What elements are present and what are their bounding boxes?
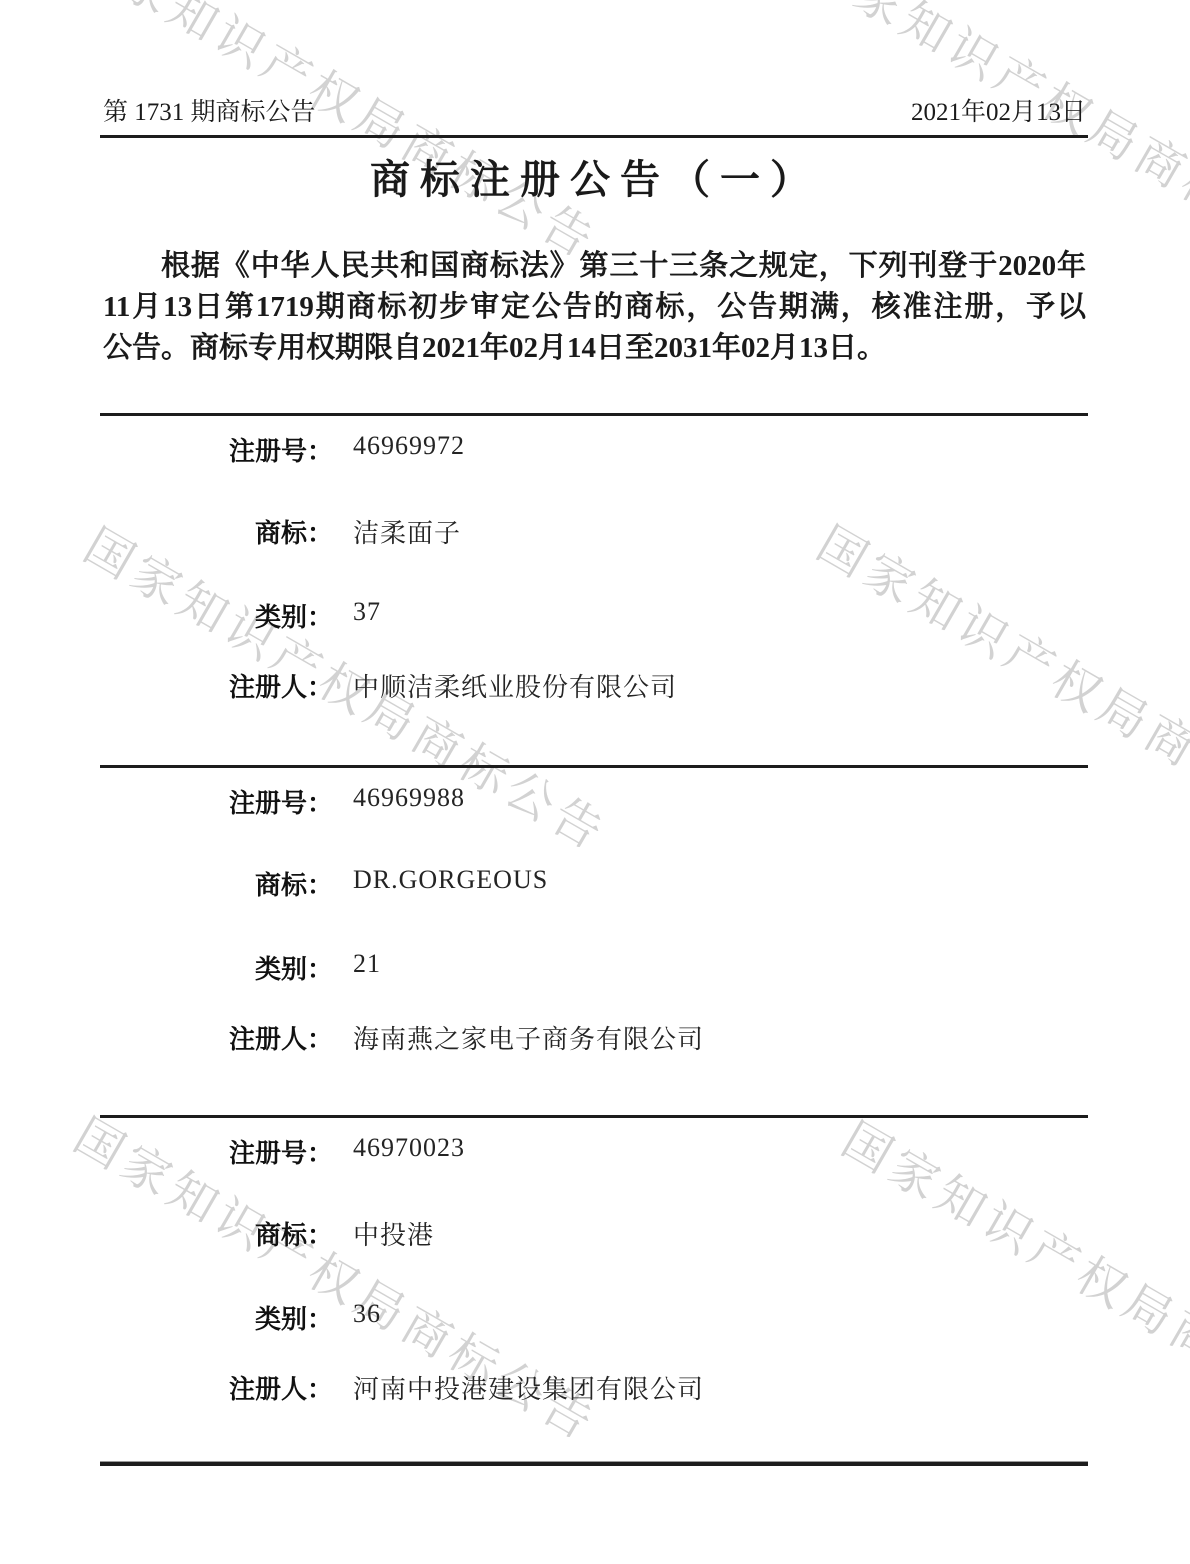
field-label-registrant: 注册人： [100, 667, 333, 704]
watermark-text: 国家知识产权局商标公告 [799, 0, 1190, 281]
bottom-separator-line [100, 1461, 1088, 1466]
gazette-date: 2021年02月13日 [911, 92, 1086, 128]
field-row-category: 类别： 36 [100, 1299, 1088, 1336]
field-label-reg-no: 注册号： [100, 431, 333, 468]
trademark-entry: 注册号： 46970023 商标： 中投港 类别： 36 注册人： 河南中投港建… [100, 1115, 1088, 1467]
field-label-category: 类别： [100, 949, 333, 986]
field-label-registrant: 注册人： [100, 1369, 333, 1406]
field-value-trademark: 中投港 [353, 1215, 434, 1252]
field-label-trademark: 商标： [100, 1215, 333, 1252]
intro-line: 11月13日第1719期商标初步审定公告的商标，公告期满，核准注册，予以 [103, 287, 1086, 328]
field-value-category: 37 [353, 597, 381, 627]
intro-line: 根据《中华人民共和国商标法》第三十三条之规定，下列刊登于2020年 [103, 246, 1086, 287]
field-value-category: 21 [353, 949, 381, 979]
field-value-registrant: 海南燕之家电子商务有限公司 [353, 1019, 704, 1056]
field-row-registrant: 注册人： 中顺洁柔纸业股份有限公司 [100, 667, 1088, 704]
field-row-category: 类别： 37 [100, 597, 1088, 634]
field-label-category: 类别： [100, 597, 333, 634]
trademark-gazette-page: 国家知识产权局商标公告 国家知识产权局商标公告 国家知识产权局商标公告 国家知识… [0, 0, 1190, 1564]
field-row-reg-no: 注册号： 46969972 [100, 431, 1088, 468]
entry-separator-line [100, 413, 1088, 416]
field-row-reg-no: 注册号： 46969988 [100, 783, 1088, 820]
field-row-trademark: 商标： 中投港 [100, 1215, 1088, 1252]
field-row-reg-no: 注册号： 46970023 [100, 1133, 1088, 1170]
field-value-trademark: 洁柔面子 [353, 513, 461, 550]
entry-separator-line [100, 1115, 1088, 1118]
field-row-registrant: 注册人： 海南燕之家电子商务有限公司 [100, 1019, 1088, 1056]
entry-separator-line [100, 765, 1088, 768]
intro-paragraph: 根据《中华人民共和国商标法》第三十三条之规定，下列刊登于2020年 11月13日… [103, 246, 1086, 369]
field-value-registrant: 河南中投港建设集团有限公司 [353, 1369, 704, 1406]
field-value-reg-no: 46969972 [353, 431, 465, 461]
intro-line: 公告。商标专用权期限自2021年02月14日至2031年02月13日。 [103, 328, 1086, 369]
field-label-reg-no: 注册号： [100, 783, 333, 820]
field-value-reg-no: 46970023 [353, 1133, 465, 1163]
field-row-trademark: 商标： 洁柔面子 [100, 513, 1088, 550]
field-label-reg-no: 注册号： [100, 1133, 333, 1170]
field-row-category: 类别： 21 [100, 949, 1088, 986]
field-value-reg-no: 46969988 [353, 783, 465, 813]
page-title: 商标注册公告（一） [0, 148, 1190, 205]
gazette-issue-label: 第 1731 期商标公告 [103, 92, 316, 128]
field-value-registrant: 中顺洁柔纸业股份有限公司 [353, 667, 677, 704]
field-label-trademark: 商标： [100, 865, 333, 902]
trademark-entry: 注册号： 46969988 商标： DR.GORGEOUS 类别： 21 注册人… [100, 765, 1088, 1117]
trademark-entry: 注册号： 46969972 商标： 洁柔面子 类别： 37 注册人： 中顺洁柔纸… [100, 413, 1088, 765]
field-label-registrant: 注册人： [100, 1019, 333, 1056]
field-value-trademark: DR.GORGEOUS [353, 865, 548, 895]
field-row-registrant: 注册人： 河南中投港建设集团有限公司 [100, 1369, 1088, 1406]
field-row-trademark: 商标： DR.GORGEOUS [100, 865, 1088, 902]
field-label-category: 类别： [100, 1299, 333, 1336]
header-separator-line [100, 135, 1088, 138]
field-value-category: 36 [353, 1299, 381, 1329]
field-label-trademark: 商标： [100, 513, 333, 550]
